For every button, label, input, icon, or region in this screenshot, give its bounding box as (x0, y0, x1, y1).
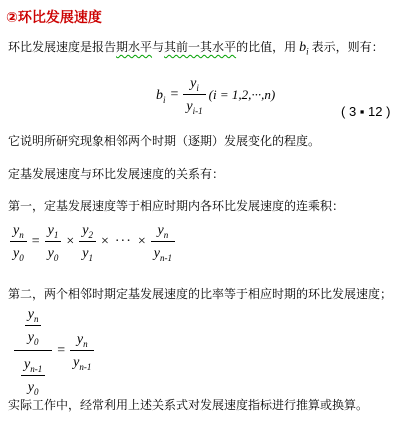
document-page: ②环比发展速度 环比发展速度是报告期水平与其前一其水平的比值，用bi表示，则有：… (0, 0, 402, 422)
intro-text-mid2: 的比值，用 (236, 40, 296, 54)
spellcheck-typo-2: 其前一其水平 (164, 40, 236, 54)
ellipsis-dots: ··· (115, 234, 132, 250)
equals-sign: = (32, 234, 40, 250)
fraction-yn-over-yn-1: yn yn-1 (151, 221, 175, 262)
equation-number: ( 3 ▪ 12 ) (341, 104, 390, 119)
section-heading: ②环比发展速度 (6, 7, 102, 27)
intro-text-pre: 环比发展速度是报告 (8, 40, 116, 54)
fraction-yn-over-y0: yn y0 (25, 305, 42, 346)
fraction-yn-over-y0: yn y0 (10, 221, 27, 262)
symbol-b-i: bi (299, 40, 309, 54)
fraction-yi-over-yi-1: yi yi-1 (183, 74, 205, 115)
formula-ratio-of-base-speeds: yn y0 yn-1 y0 = yn yn-1 (14, 304, 94, 397)
formula-lhs-b-i: bi (156, 86, 166, 104)
formula-chain-development-speed: bi = yi yi-1 (i = 1,2,···,n) (156, 74, 275, 115)
fraction-yn-1-over-y0: yn-1 y0 (21, 355, 45, 396)
index-condition: (i = 1,2,···,n) (209, 87, 276, 103)
times-sign: × (66, 234, 74, 250)
fraction-y1-over-y0: y1 y0 (45, 221, 62, 262)
formula-product-of-chain-speeds: yn y0 = y1 y0 × y2 y1 × ··· × yn yn-1 (10, 221, 175, 262)
relation-intro-paragraph: 定基发展速度与环比发展速度的关系有： (8, 167, 224, 182)
fraction-y2-over-y1: y2 y1 (79, 221, 96, 262)
first-relation-paragraph: 第一，定基发展速度等于相应时期内各环比发展速度的连乘积： (8, 199, 344, 214)
spellcheck-typo-1: 期水平 (116, 40, 152, 54)
second-relation-paragraph: 第二，两个相邻时期定基发展速度的比率等于相应时期的环比发展速度； (8, 287, 392, 302)
explanation-paragraph: 它说明所研究现象相邻两个时期（逐期）发展变化的程度。 (8, 134, 320, 149)
intro-paragraph: 环比发展速度是报告期水平与其前一其水平的比值，用bi表示，则有： (8, 40, 384, 55)
times-sign: × (138, 234, 146, 250)
fraction-yn-over-yn-1: yn yn-1 (70, 330, 94, 371)
compound-fraction: yn y0 yn-1 y0 (14, 304, 52, 397)
equals-sign: = (57, 343, 65, 359)
times-sign: × (101, 234, 109, 250)
intro-text-mid1: 与 (152, 40, 164, 54)
practice-note-paragraph: 实际工作中，经常利用上述关系式对发展速度指标进行推算或换算。 (8, 398, 368, 413)
intro-text-post: 表示，则有： (312, 40, 384, 54)
equals-sign: = (171, 87, 179, 103)
